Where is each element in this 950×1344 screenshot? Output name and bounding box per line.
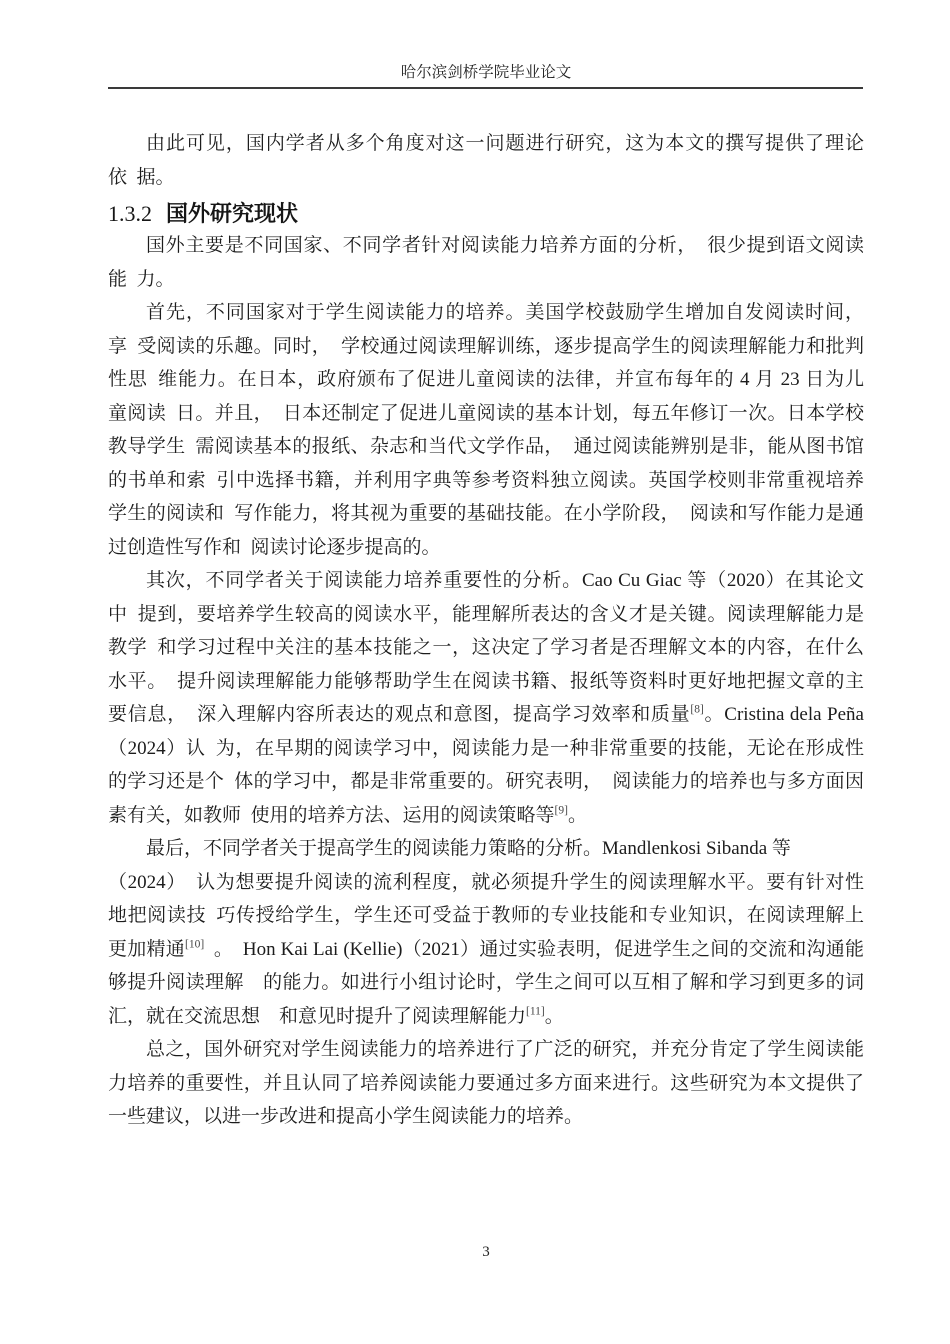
- text-line: 要信息， 深入理解内容所表达的观点和意图，提高学习效率和质量[8]。Cristi…: [108, 698, 864, 732]
- text-line: 力培养的重要性，并且认同了培养阅读能力要通过多方面来进行。这些研究为本文提供了: [108, 1067, 864, 1101]
- text-line: 够提升阅读理解 的能力。如进行小组讨论时，学生之间可以互相了解和学习到更多的词: [108, 966, 864, 1000]
- paragraph-overview: 国外主要是不同国家、不同学者针对阅读能力培养方面的分析， 很少提到语文阅读 能 …: [108, 229, 864, 296]
- paragraph-importance: 其次，不同学者关于阅读能力培养重要性的分析。Cao Cu Giac 等（2020…: [108, 564, 864, 832]
- text-line: 能 力。: [108, 263, 864, 297]
- text-line: 性思 维能力。在日本，政府颁布了促进儿童阅读的法律，并宣布每年的 4 月 23 …: [108, 363, 864, 397]
- text-line: 汇，就在交流思想 和意见时提升了阅读理解能力[11]。: [108, 1000, 864, 1034]
- running-header-title: 哈尔滨剑桥学院毕业论文: [108, 62, 864, 84]
- text-segment: 素有关，如教师 使用的培养方法、运用的阅读策略等: [108, 805, 555, 826]
- text-line: 水平。 提升阅读理解能力能够帮助学生在阅读书籍、报纸等资料时更好地把握文章的主: [108, 665, 864, 699]
- text-line: 的学习还是个 体的学习中，都是非常重要的。研究表明， 阅读能力的培养也与多方面因: [108, 765, 864, 799]
- text-segment: 。Cristina dela Peña: [704, 704, 864, 725]
- text-line: 中 提到，要培养学生较高的阅读水平，能理解所表达的含义才是关键。阅读理解能力是: [108, 598, 864, 632]
- heading-number: 1.3.2: [108, 201, 152, 226]
- text-line: 教学 和学习过程中关注的基本技能之一，这决定了学习者是否理解文本的内容，在什么: [108, 631, 864, 665]
- text-line: 国外主要是不同国家、不同学者针对阅读能力培养方面的分析， 很少提到语文阅读: [108, 229, 864, 263]
- citation-ref-8: [8]: [690, 704, 703, 716]
- text-line: （2024）认 为，在早期的阅读学习中，阅读能力是一种非常重要的技能，无论在形成…: [108, 732, 864, 766]
- document-page: 哈尔滨剑桥学院毕业论文 由此可见，国内学者从多个角度对这一问题进行研究，这为本文…: [0, 0, 950, 1344]
- paragraph-intro: 由此可见，国内学者从多个角度对这一问题进行研究，这为本文的撰写提供了理论 依 据…: [108, 127, 864, 194]
- text-line: 的书单和索 引中选择书籍，并利用字典等参考资料独立阅读。英国学校则非常重视培养: [108, 464, 864, 498]
- text-line: 童阅读 日。并且， 日本还制定了促进儿童阅读的基本计划，每五年修订一次。日本学校: [108, 397, 864, 431]
- text-line: 最后，不同学者关于提高学生的阅读能力策略的分析。Mandlenkosi Siba…: [108, 832, 864, 866]
- text-line: 总之，国外研究对学生阅读能力的培养进行了广泛的研究，并充分肯定了学生阅读能: [108, 1033, 864, 1067]
- citation-ref-10: [10]: [185, 938, 204, 950]
- paragraph-countries: 首先，不同国家对于学生阅读能力的培养。美国学校鼓励学生增加自发阅读时间， 享 受…: [108, 296, 864, 564]
- text-line: 地把阅读技 巧传授给学生，学生还可受益于教师的专业技能和专业知识，在阅读理解上: [108, 899, 864, 933]
- text-line: 享 受阅读的乐趣。同时， 学校通过阅读理解训练，逐步提高学生的阅读理解能力和批判: [108, 330, 864, 364]
- citation-ref-9: [9]: [555, 804, 568, 816]
- text-segment: 。 Hon Kai Lai (Kellie)（2021）通过实验表明，促进学生之…: [204, 939, 864, 960]
- text-line: 首先，不同国家对于学生阅读能力的培养。美国学校鼓励学生增加自发阅读时间，: [108, 296, 864, 330]
- text-line: 素有关，如教师 使用的培养方法、运用的阅读策略等[9]。: [108, 799, 864, 833]
- text-segment: 要信息， 深入理解内容所表达的观点和意图，提高学习效率和质量: [108, 704, 690, 725]
- text-segment: 。: [568, 805, 587, 826]
- text-line: 学生的阅读和 写作能力，将其视为重要的基础技能。在小学阶段， 阅读和写作能力是通: [108, 497, 864, 531]
- citation-ref-11: [11]: [526, 1005, 545, 1017]
- header-rule: [108, 87, 863, 89]
- text-line: 由此可见，国内学者从多个角度对这一问题进行研究，这为本文的撰写提供了理论: [108, 127, 864, 161]
- text-line: （2024） 认为想要提升阅读的流利程度，就必须提升学生的阅读理解水平。要有针对…: [108, 866, 864, 900]
- text-line: 过创造性写作和 阅读讨论逐步提高的。: [108, 531, 864, 565]
- text-line: 其次，不同学者关于阅读能力培养重要性的分析。Cao Cu Giac 等（2020…: [108, 564, 864, 598]
- text-segment: 。: [545, 1006, 564, 1027]
- text-segment: 更加精通: [108, 939, 185, 960]
- paragraph-strategies: 最后，不同学者关于提高学生的阅读能力策略的分析。Mandlenkosi Siba…: [108, 832, 864, 1033]
- text-line: 一些建议，以进一步改进和提高小学生阅读能力的培养。: [108, 1100, 864, 1134]
- page-number: 3: [108, 1244, 864, 1261]
- text-line: 教导学生 需阅读基本的报纸、杂志和当代文学作品， 通过阅读能辨别是非，能从图书馆: [108, 430, 864, 464]
- text-line: 更加精通[10] 。 Hon Kai Lai (Kellie)（2021）通过实…: [108, 933, 864, 967]
- text-segment: 汇，就在交流思想 和意见时提升了阅读理解能力: [108, 1006, 526, 1027]
- paragraph-conclusion: 总之，国外研究对学生阅读能力的培养进行了广泛的研究，并充分肯定了学生阅读能 力培…: [108, 1033, 864, 1134]
- heading-title: 国外研究现状: [166, 201, 298, 226]
- text-line: 依 据。: [108, 161, 864, 195]
